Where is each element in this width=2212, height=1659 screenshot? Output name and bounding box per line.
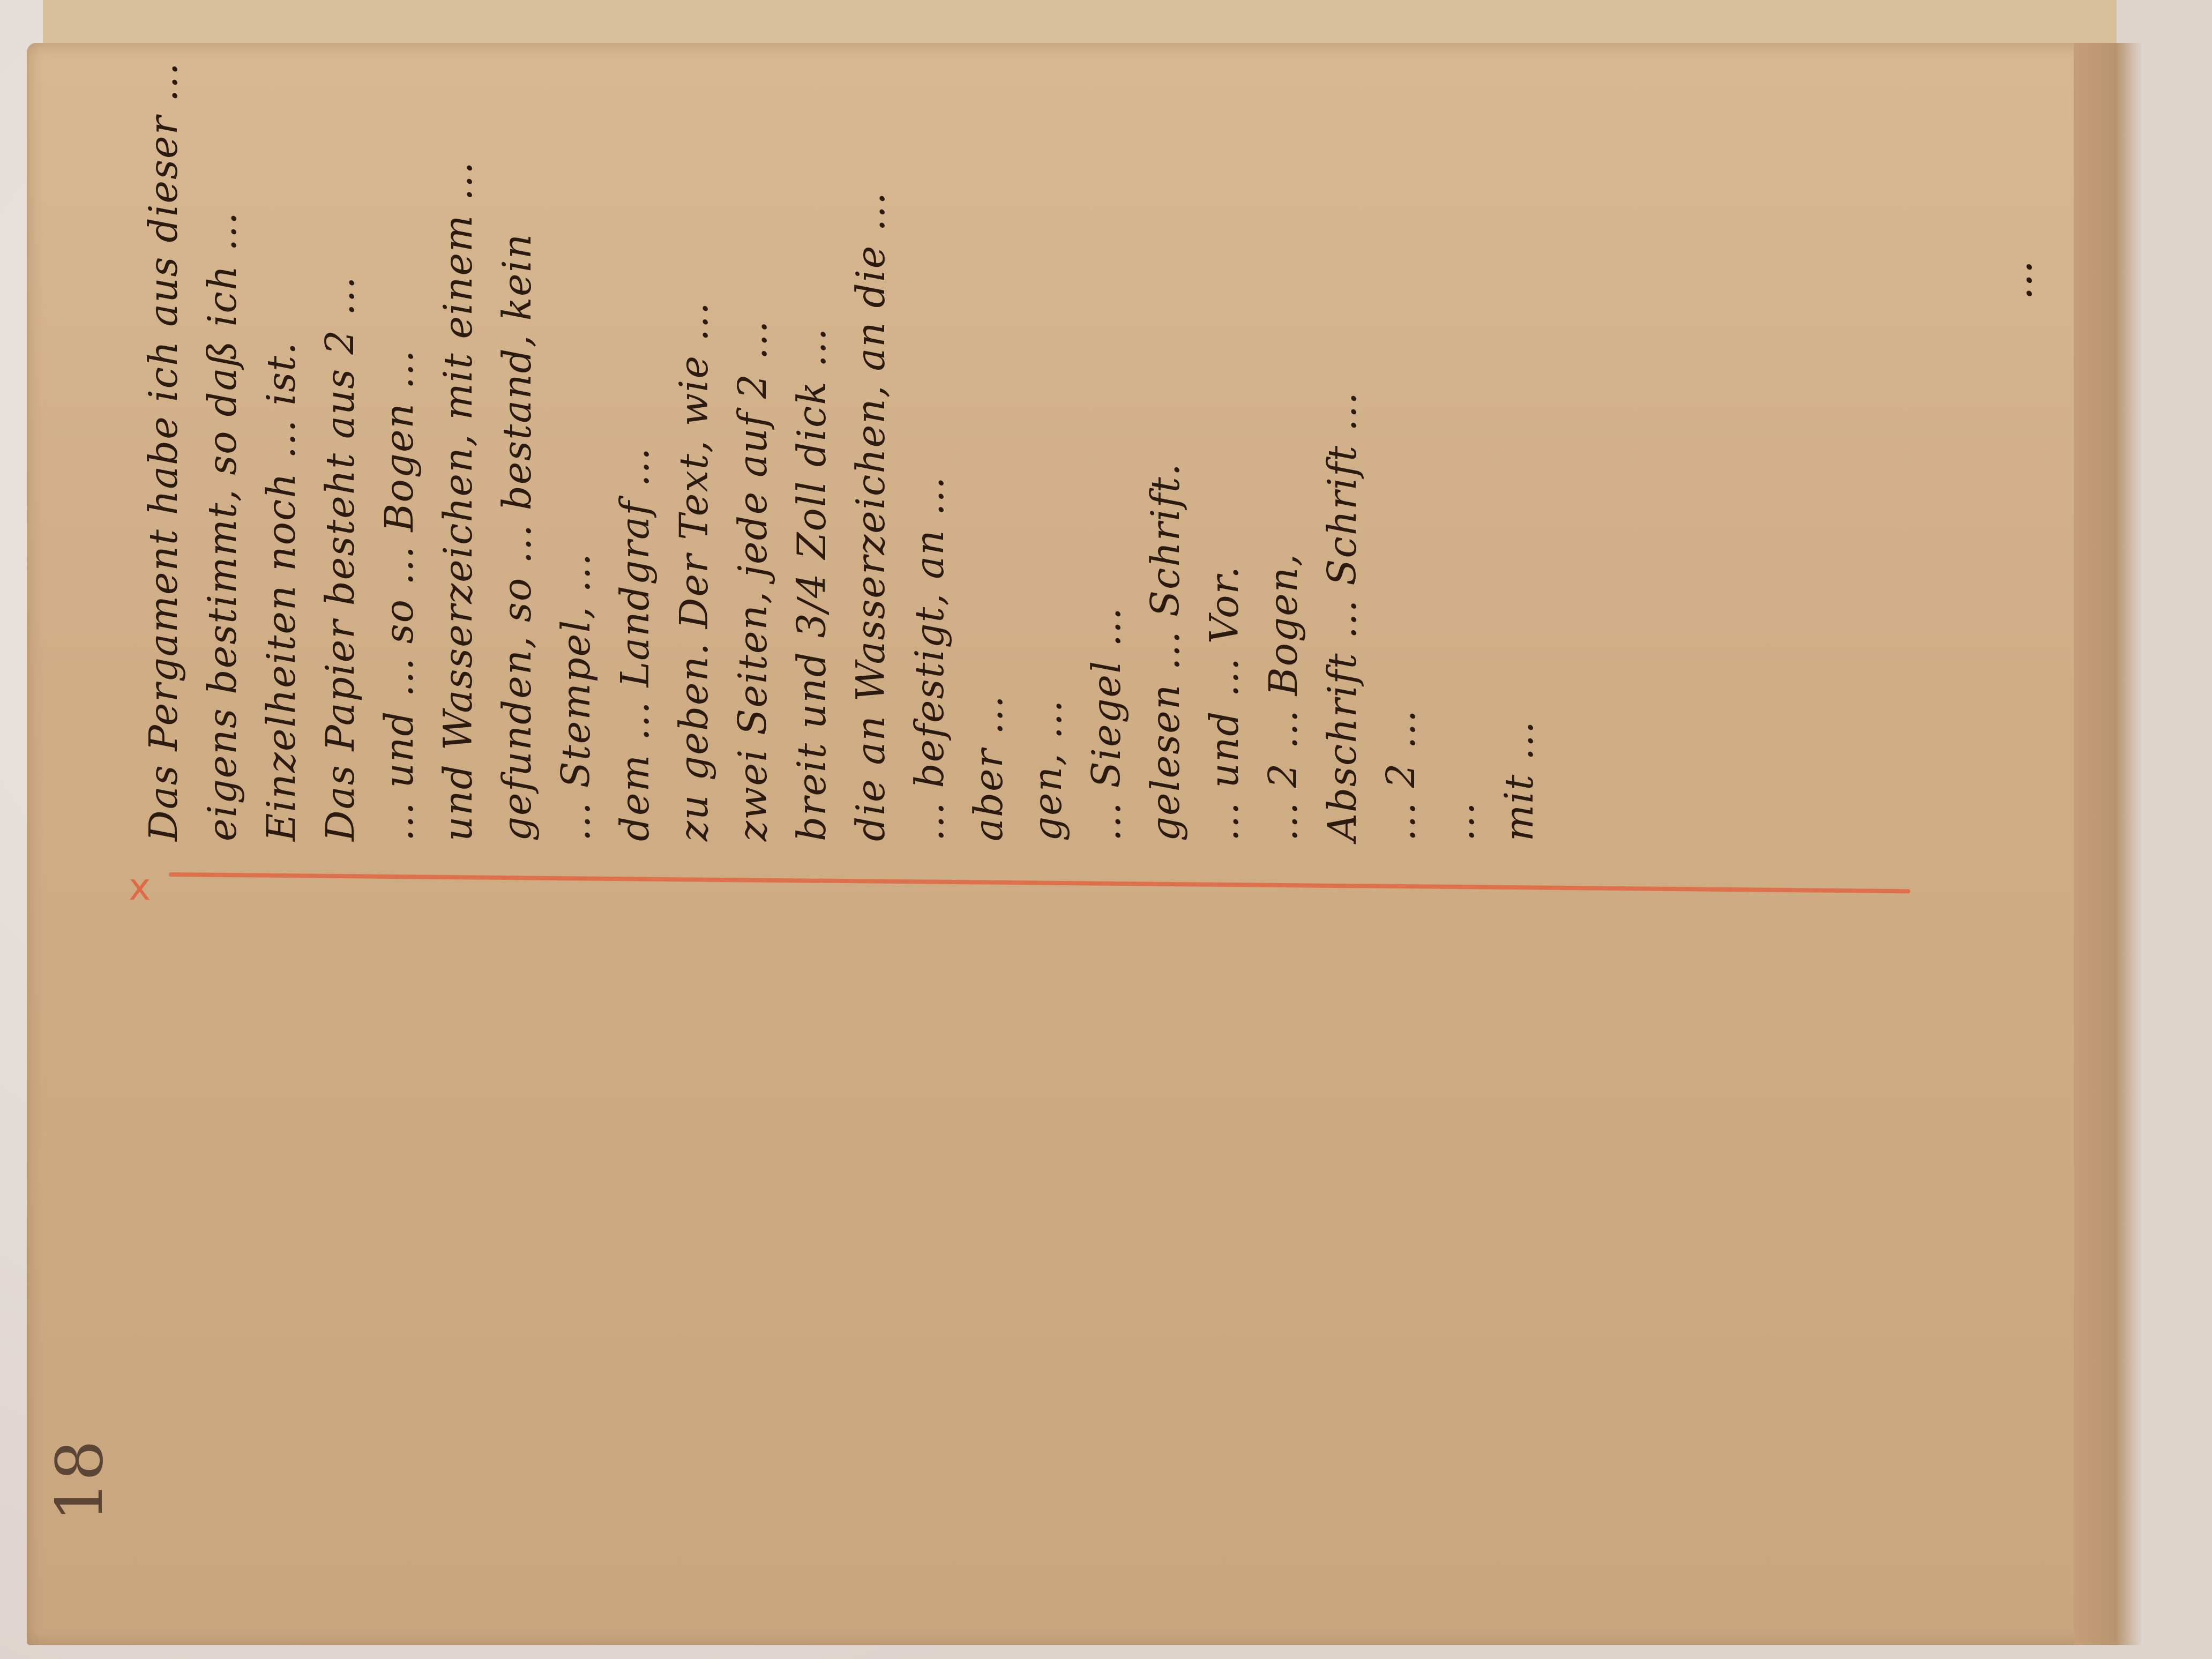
text-line: ... Stempel, ... [547,38,606,841]
text-line: Das Papier besteht aus 2 ... [311,38,370,841]
text-line: die an Wasserzeichen, an die ... [841,38,900,841]
text-line: gelesen ... Schrift. [1136,38,1195,841]
text-line: aber ... [959,38,1018,841]
text-line: dem ... Landgraf ... [606,38,664,841]
text-line: gefunden, so ... bestand, kein [488,38,547,841]
text-line: ... und ... so ... Bogen ... [370,38,429,841]
text-line: Abschrift ... Schrift ... [1313,38,1372,841]
text-line: Das Pergament habe ich aus dieser ... [134,38,193,841]
text-line: mit ... [1490,38,1549,841]
text-line: gen, ... [1018,38,1077,841]
text-line: und Wasserzeichen, mit einem ... [429,38,488,841]
text-line: ... 2 ... [1372,38,1431,841]
text-line: breit und 3/4 Zoll dick ... [782,38,841,841]
red-margin-mark: x [129,868,151,906]
signature: ... [1993,260,2042,300]
text-line: zu geben. Der Text, wie ... [664,38,723,841]
text-line: ... [1431,38,1490,841]
text-line: ... 2 ... Bogen, [1254,38,1313,841]
text-line: eigens bestimmt, so daß ich ... [193,38,252,841]
text-line: ... und ... Vor. [1195,38,1254,841]
text-line: Einzelheiten noch ... ist. [252,38,311,841]
handwritten-text-block: Das Pergament habe ich aus dieser ... ei… [134,38,2117,841]
text-line: zwei Seiten, jede auf 2 ... [723,38,782,841]
text-line: ... Siegel ... [1077,38,1136,841]
page-number: 18 [43,1440,117,1522]
text-line: ... befestigt, an ... [900,38,959,841]
